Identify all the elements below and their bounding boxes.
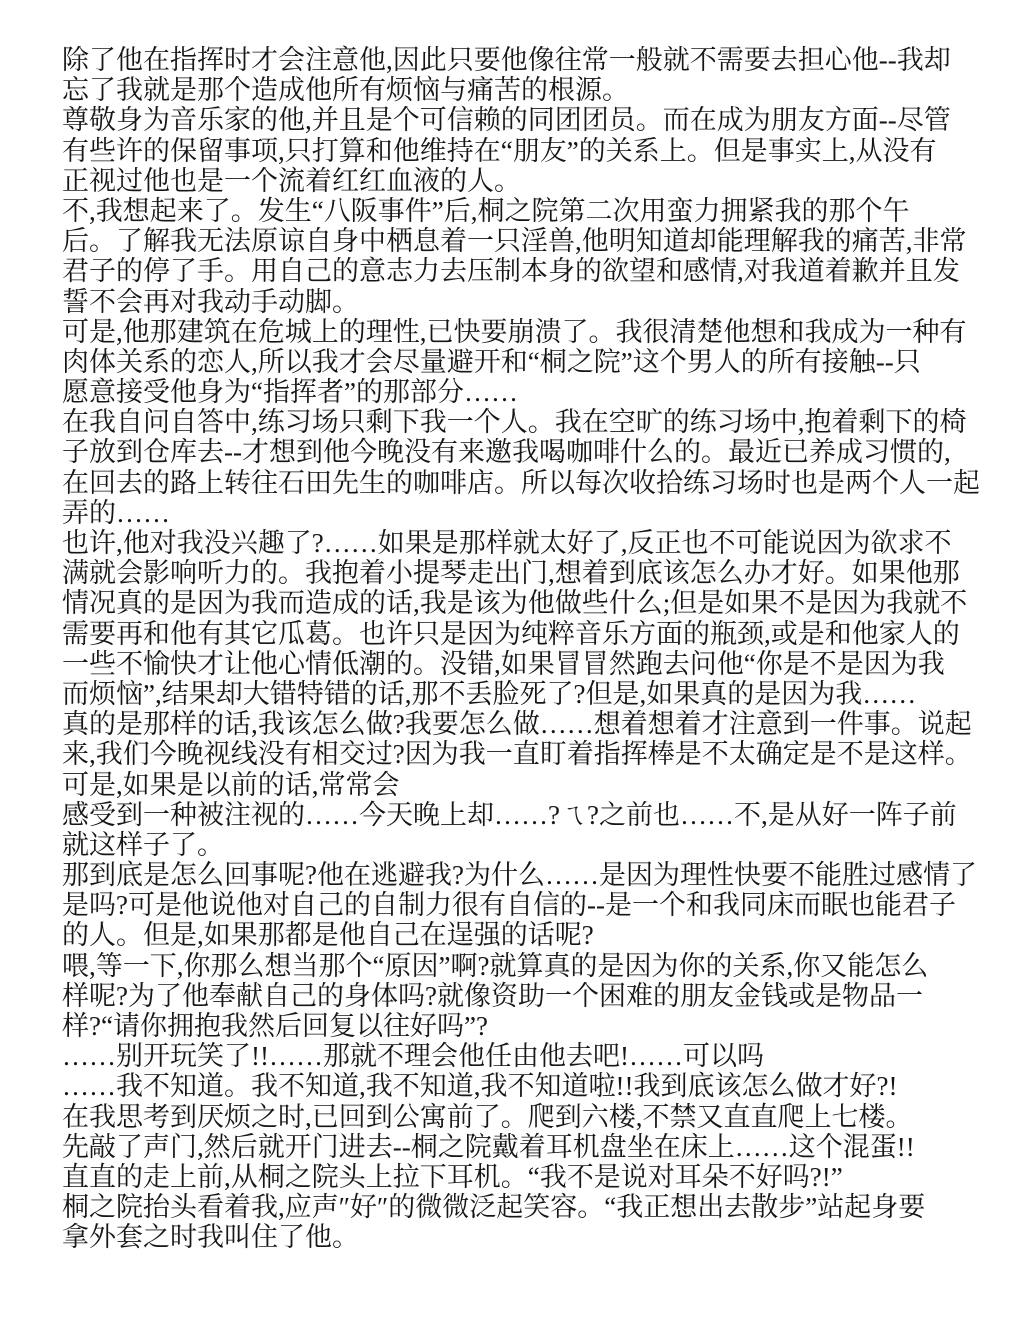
text-line: 满就会影响听力的。我抱着小提琴走出门,想着到底该怎么办才好。如果他那	[62, 558, 971, 588]
text-line: 正视过他也是一个流着红红血液的人。	[62, 166, 971, 196]
text-line: 情况真的是因为我而造成的话,我是该为他做些什么;但是如果不是因为我就不	[62, 588, 971, 618]
text-line: 样?“请你拥抱我然后回复以往好吗”?	[62, 1011, 971, 1041]
document-page: 除了他在指挥时才会注意他,因此只要他像往常一般就不需要去担心他--我却忘了我就是…	[0, 0, 1021, 1321]
text-line: 样呢?为了他奉献自己的身体吗?就像资助一个困难的朋友金钱或是物品一	[62, 981, 971, 1011]
text-line: 拿外套之时我叫住了他。	[62, 1222, 971, 1252]
text-line: 忘了我就是那个造成他所有烦恼与痛苦的根源。	[62, 75, 971, 105]
text-line: 来,我们今晚视线没有相交过?因为我一直盯着指挥棒是不太确定是不是这样。	[62, 739, 971, 769]
text-line: 那到底是怎么回事呢?他在逃避我?为什么……是因为理性快要不能胜过感情了	[62, 860, 971, 890]
text-line: 在我自问自答中,练习场只剩下我一个人。我在空旷的练习场中,抱着剩下的椅	[62, 407, 971, 437]
text-line: 可是,他那建筑在危城上的理性,已快要崩溃了。我很清楚他想和我成为一种有	[62, 317, 971, 347]
text-line: 先敲了声门,然后就开门进去--桐之院戴着耳机盘坐在床上……这个混蛋!!	[62, 1132, 971, 1162]
text-line: ……我不知道。我不知道,我不知道,我不知道啦!!我到底该怎么做才好?!	[62, 1071, 971, 1101]
text-line: 后。了解我无法原谅自身中栖息着一只淫兽,他明知道却能理解我的痛苦,非常	[62, 226, 971, 256]
text-line: 子放到仓库去--才想到他今晚没有来邀我喝咖啡什么的。最近已养成习惯的,	[62, 437, 971, 467]
text-line: 在回去的路上转往石田先生的咖啡店。所以每次收拾练习场时也是两个人一起	[62, 468, 971, 498]
text-line: 尊敬身为音乐家的他,并且是个可信赖的同团团员。而在成为朋友方面--尽管	[62, 105, 971, 135]
text-line: 直直的走上前,从桐之院头上拉下耳机。“我不是说对耳朵不好吗?!”	[62, 1162, 971, 1192]
text-line: 桐之院抬头看着我,应声″好″的微微泛起笑容。“我正想出去散步”站起身要	[62, 1192, 971, 1222]
text-line: 君子的停了手。用自己的意志力去压制本身的欲望和感情,对我道着歉并且发	[62, 256, 971, 286]
text-line: 一些不愉快才让他心情低潮的。没错,如果冒冒然跑去问他“你是不是因为我	[62, 649, 971, 679]
text-line: 感受到一种被注视的……今天晚上却……?ㄟ?之前也……不,是从好一阵子前	[62, 800, 971, 830]
text-body: 除了他在指挥时才会注意他,因此只要他像往常一般就不需要去担心他--我却忘了我就是…	[62, 45, 971, 1253]
text-line: 是吗?可是他说他对自己的自制力很有自信的--是一个和我同床而眠也能君子	[62, 890, 971, 920]
text-line: 也许,他对我没兴趣了?……如果是那样就太好了,反正也不可能说因为欲求不	[62, 528, 971, 558]
text-line: 有些许的保留事项,只打算和他维持在“朋友”的关系上。但是事实上,从没有	[62, 136, 971, 166]
text-line: 喂,等一下,你那么想当那个“原因”啊?就算真的是因为你的关系,你又能怎么	[62, 951, 971, 981]
text-line: 弄的……	[62, 498, 971, 528]
text-line: 就这样子了。	[62, 830, 971, 860]
text-line: 除了他在指挥时才会注意他,因此只要他像往常一般就不需要去担心他--我却	[62, 45, 971, 75]
text-line: 在我思考到厌烦之时,已回到公寓前了。爬到六楼,不禁又直直爬上七楼。	[62, 1102, 971, 1132]
text-line: 誓不会再对我动手动脚。	[62, 287, 971, 317]
text-line: 需要再和他有其它瓜葛。也许只是因为纯粹音乐方面的瓶颈,或是和他家人的	[62, 619, 971, 649]
text-line: 肉体关系的恋人,所以我才会尽量避开和“桐之院”这个男人的所有接触--只	[62, 347, 971, 377]
text-line: 不,我想起来了。发生“八阪事件”后,桐之院第二次用蛮力拥紧我的那个午	[62, 196, 971, 226]
text-line: 而烦恼”,结果却大错特错的话,那不丢脸死了?但是,如果真的是因为我……	[62, 679, 971, 709]
text-line: 可是,如果是以前的话,常常会	[62, 770, 971, 800]
text-line: 的人。但是,如果那都是他自己在逞强的话呢?	[62, 920, 971, 950]
text-line: 愿意接受他身为“指挥者”的那部分……	[62, 377, 971, 407]
text-line: 真的是那样的话,我该怎么做?我要怎么做……想着想着才注意到一件事。说起	[62, 709, 971, 739]
text-line: ……别开玩笑了!!……那就不理会他任由他去吧!……可以吗	[62, 1041, 971, 1071]
